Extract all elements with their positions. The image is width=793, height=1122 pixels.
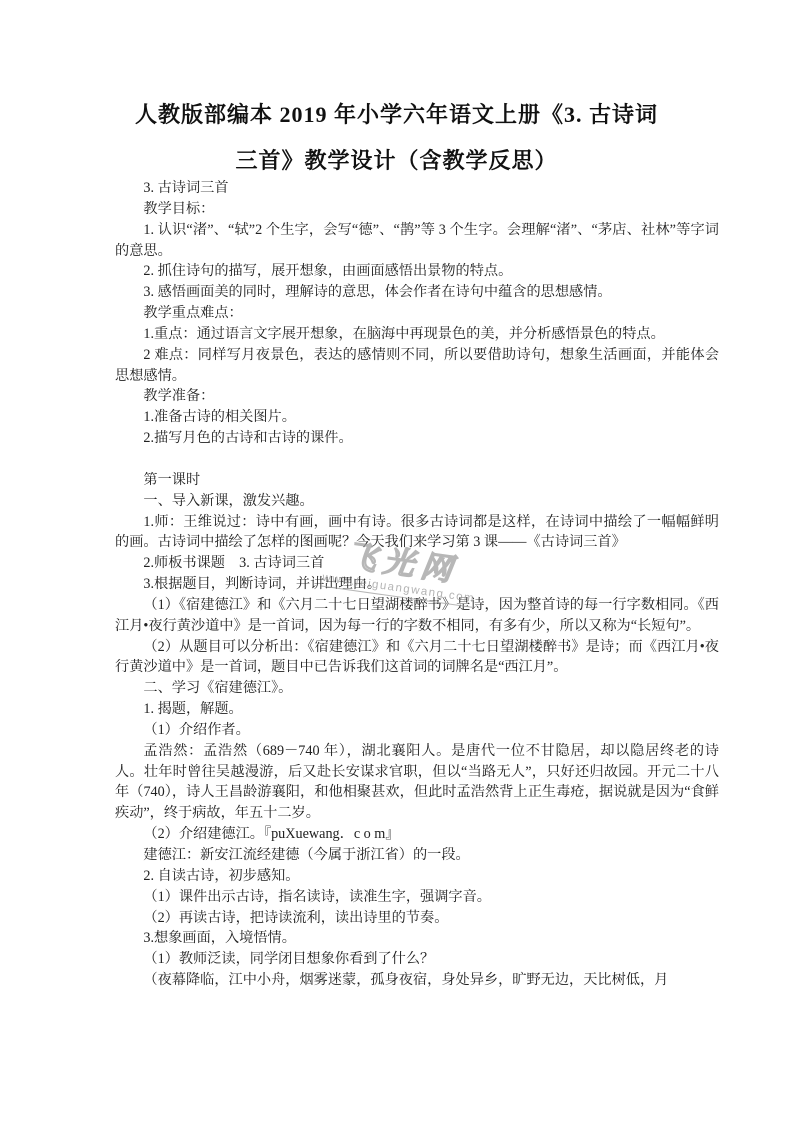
paragraph-preparation-2: 2.描写月色的古诗和古诗的课件。 bbox=[115, 428, 719, 449]
document-title: 人教版部编本 2019 年小学六年语文上册《3. 古诗词 三首》教学设计（含教学… bbox=[40, 92, 753, 184]
paragraph-section-2-heading: 二、学习《宿建德江》。 bbox=[115, 678, 719, 699]
document-page: 人教版部编本 2019 年小学六年语文上册《3. 古诗词 三首》教学设计（含教学… bbox=[0, 0, 793, 1122]
paragraph-imagine-question: （1）教师泛读，同学闭目想象你看到了什么？ bbox=[115, 949, 719, 970]
document-title-line-1: 人教版部编本 2019 年小学六年语文上册《3. 古诗词 bbox=[40, 92, 753, 138]
paragraph-imagine-answer: （夜幕降临，江中小舟，烟雾迷蒙，孤身夜宿，身处异乡，旷野无边，天比树低，月 bbox=[115, 970, 719, 991]
paragraph-analysis-1: （1）《宿建德江》和《六月二十七日望湖楼醉书》是诗，因为整首诗的每一行字数相同。… bbox=[115, 595, 719, 637]
paragraph-key-points-heading: 教学重点难点： bbox=[115, 303, 719, 324]
paragraph-difficult-point: 2 难点：同样写月夜景色，表达的感情则不同，所以要借助诗句，想象生活画面，并能体… bbox=[115, 345, 719, 387]
paragraph-judge-poems: 3.根据题目，判断诗词，并讲出理由。 bbox=[115, 574, 719, 595]
paragraph-reading-step-2: （2）再读古诗，把诗读流利，读出诗里的节奏。 bbox=[115, 908, 719, 929]
paragraph-section-1-heading: 一、导入新课，激发兴趣。 bbox=[115, 491, 719, 512]
blank-line bbox=[115, 449, 719, 470]
paragraph-reading-step-1: （1）课件出示古诗，指名读诗，读准生字，强调字音。 bbox=[115, 887, 719, 908]
paragraph-objective-2: 2. 抓住诗句的描写，展开想象，由画面感悟出景物的特点。 bbox=[115, 261, 719, 282]
paragraph-self-reading: 2. 自读古诗，初步感知。 bbox=[115, 866, 719, 887]
paragraph-reveal-topic: 1. 揭题，解题。 bbox=[115, 699, 719, 720]
paragraph-imagine-heading: 3.想象画面，入境悟情。 bbox=[115, 928, 719, 949]
paragraph-key-point: 1.重点：通过语言文字展开想象，在脑海中再现景色的美，并分析感悟景色的特点。 bbox=[115, 324, 719, 345]
paragraph-analysis-2: （2）从题目可以分析出：《宿建德江》和《六月二十七日望湖楼醉书》是诗；而《西江月… bbox=[115, 637, 719, 679]
paragraph-preparation-heading: 教学准备： bbox=[115, 386, 719, 407]
paragraph-session-1-heading: 第一课时 bbox=[115, 470, 719, 491]
paragraph-jiandejiang-desc: 建德江：新安江流经建德（今属于浙江省）的一段。 bbox=[115, 845, 719, 866]
paragraph-objective-3: 3. 感悟画面美的同时，理解诗的意思，体会作者在诗句中蕴含的思想感情。 bbox=[115, 282, 719, 303]
paragraph-objective-1: 1. 认识“渚”、“轼”2 个生字，会写“德”、“鹊”等 3 个生字。会理解“渚… bbox=[115, 220, 719, 262]
paragraph-preparation-1: 1.准备古诗的相关图片。 bbox=[115, 407, 719, 428]
paragraph-objectives-heading: 教学目标： bbox=[115, 199, 719, 220]
paragraph-jiandejiang-heading: （2）介绍建德江。『puXuewang．c o m』 bbox=[115, 824, 719, 845]
document-body: 3. 古诗词三首 教学目标： 1. 认识“渚”、“轼”2 个生字，会写“德”、“… bbox=[115, 178, 719, 991]
paragraph-author-biography: 孟浩然：孟浩然（689－740 年），湖北襄阳人。是唐代一位不甘隐居，却以隐居终… bbox=[115, 741, 719, 824]
paragraph-intro-teacher: 1.师：王维说过：诗中有画，画中有诗。很多古诗词都是这样，在诗词中描绘了一幅幅鲜… bbox=[115, 512, 719, 554]
paragraph-author-intro-heading: （1）介绍作者。 bbox=[115, 720, 719, 741]
paragraph-lesson-number: 3. 古诗词三首 bbox=[115, 178, 719, 199]
paragraph-board-title: 2.师板书课题 3. 古诗词三首 bbox=[115, 553, 719, 574]
